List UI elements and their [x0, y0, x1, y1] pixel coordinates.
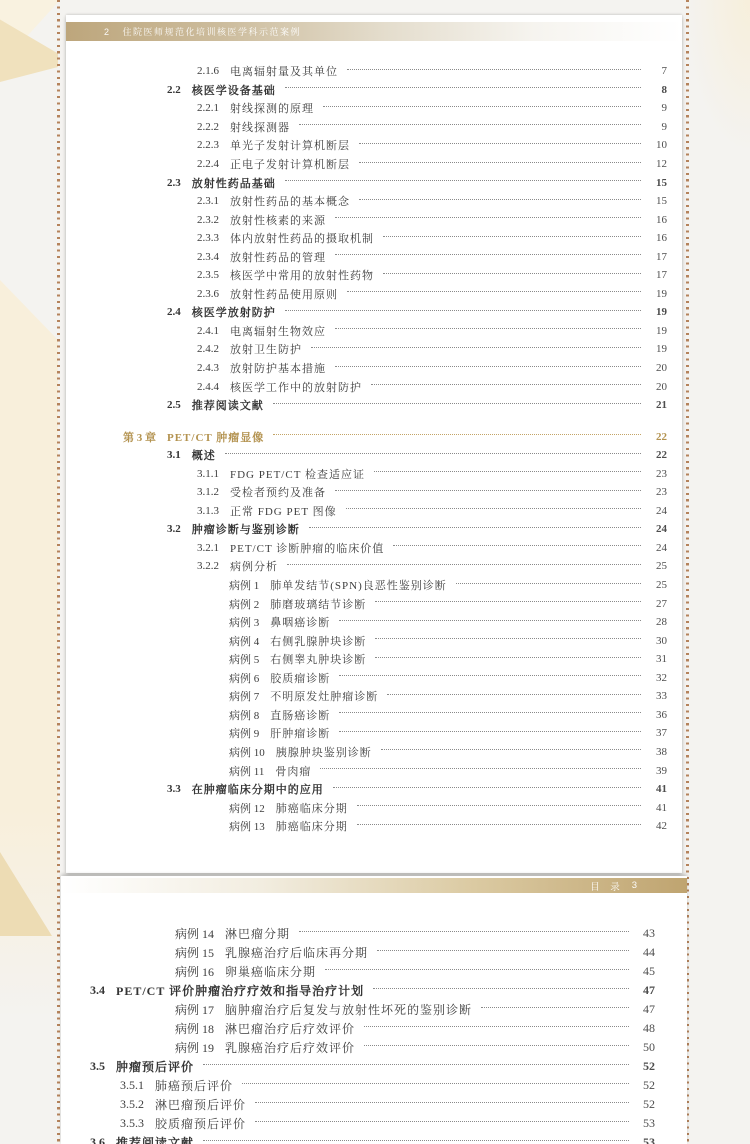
running-head-page-number: 2: [104, 27, 111, 37]
toc-entry-page-number: 27: [647, 598, 667, 610]
toc-entry-number: 3.1.1: [197, 468, 219, 480]
book-preview-screenshot: 2 住院医师规范化培训核医学科示范案例 2.1.6电离辐射量及其单位72.2核医…: [0, 0, 750, 1144]
toc-entry-number: 第 3 章: [123, 429, 156, 445]
dot-leader: [373, 988, 629, 989]
toc-entry-page-number: 25: [647, 579, 667, 591]
toc-entry-page-number: 15: [647, 177, 667, 189]
dot-leader: [299, 931, 629, 932]
toc-entry: 3.2.2病例分析25: [123, 557, 667, 576]
toc-entry-page-number: 21: [647, 399, 667, 411]
dot-leader: [364, 1026, 629, 1027]
toc-entry-number: 3.1.3: [197, 505, 219, 517]
toc-entry-number: 病例 3: [229, 614, 259, 630]
dot-leader: [285, 310, 641, 311]
toc-entry: 第 3 章PET/CT 肿瘤显像22: [123, 427, 667, 446]
toc-entry-page-number: 23: [647, 486, 667, 498]
toc-entry-number: 3.2.2: [197, 560, 219, 572]
toc-entry-number: 病例 16: [175, 963, 214, 980]
toc-entry: 病例 5右侧睾丸肿块诊断31: [123, 650, 667, 669]
dot-leader: [203, 1140, 629, 1141]
toc-entry-number: 2.2.3: [197, 139, 219, 151]
toc-entry-number: 3.1.2: [197, 486, 219, 498]
toc-entry-page-number: 50: [635, 1040, 655, 1055]
dot-leader: [374, 471, 641, 472]
toc-entry-title: 推荐阅读文献: [116, 1134, 194, 1144]
toc-entry-number: 3.5.3: [120, 1116, 144, 1131]
running-head-book-title: 住院医师规范化培训核医学科示范案例: [123, 25, 302, 38]
toc-entry: 2.2.1射线探测的原理9: [123, 99, 667, 118]
toc-entry: 3.1.3正常 FDG PET 图像24: [123, 502, 667, 521]
toc-entry-page-number: 48: [635, 1021, 655, 1036]
toc-entry-title: 肺癌预后评价: [155, 1077, 233, 1094]
toc-entry-number: 病例 7: [229, 688, 259, 704]
toc-entry-title: 右侧睾丸肿块诊断: [270, 651, 366, 667]
toc-entry-title: 放射防护基本措施: [230, 360, 326, 376]
toc-entry-title: 肿瘤预后评价: [116, 1058, 194, 1075]
toc-entry-title: 射线探测的原理: [230, 100, 314, 116]
toc-entry: 病例 8直肠癌诊断36: [123, 706, 667, 725]
toc-entry-page-number: 53: [635, 1135, 655, 1144]
toc-entry-title: 直肠癌诊断: [270, 707, 330, 723]
toc-entry-page-number: 9: [647, 102, 667, 114]
toc-entry-number: 2.4.2: [197, 343, 219, 355]
toc-entry: 病例 9肝肿瘤诊断37: [123, 724, 667, 743]
toc-entry-number: 病例 5: [229, 651, 259, 667]
dot-leader: [371, 384, 641, 385]
toc-entry-page-number: 33: [647, 690, 667, 702]
toc-entry-number: 病例 18: [175, 1020, 214, 1037]
toc-entry: 病例 10胰腺肿块鉴别诊断38: [123, 743, 667, 762]
toc-entry-title: 胶质瘤诊断: [270, 670, 330, 686]
dot-leader: [335, 217, 641, 218]
dot-leader: [359, 143, 641, 144]
toc-entry-number: 2.4: [167, 306, 181, 318]
toc-entry-number: 2.2.4: [197, 158, 219, 170]
toc-entry-title: 淋巴瘤治疗后疗效评价: [225, 1020, 355, 1037]
toc-entry: 3.2.1PET/CT 诊断肿瘤的临床价值24: [123, 539, 667, 558]
toc-entry-title: 肿瘤诊断与鉴别诊断: [192, 521, 300, 537]
toc-entry: 3.1.1FDG PET/CT 检查适应证23: [123, 464, 667, 483]
toc-entry-number: 2.3.6: [197, 288, 219, 300]
toc-entry-page-number: 9: [647, 121, 667, 133]
toc-entry-number: 2.3.4: [197, 251, 219, 263]
toc-entry: 2.4.1电离辐射生物效应19: [123, 322, 667, 341]
toc-entry: 2.4.2放射卫生防护19: [123, 340, 667, 359]
toc-entry-page-number: 42: [647, 820, 667, 832]
toc-entry-number: 2.2: [167, 84, 181, 96]
toc-entry-number: 2.5: [167, 399, 181, 411]
running-head-section-label: 目 录: [590, 879, 624, 893]
toc-entry-title: 受检者预约及准备: [230, 484, 326, 500]
toc-entry-page-number: 19: [647, 343, 667, 355]
toc-entry-number: 病例 9: [229, 725, 259, 741]
toc-entry-page-number: 47: [635, 983, 655, 998]
dot-leader: [456, 583, 641, 584]
toc-entry-number: 病例 13: [229, 818, 265, 834]
toc-entry: 3.4PET/CT 评价肿瘤治疗疗效和指导治疗计划47: [90, 981, 655, 1000]
dot-leader: [383, 236, 641, 237]
running-head-page-number: 3: [632, 880, 637, 891]
toc-entry-title: 淋巴瘤分期: [225, 925, 290, 942]
dot-leader: [273, 403, 641, 404]
toc-entry-page-number: 24: [647, 505, 667, 517]
toc-entry-title: 核医学设备基础: [192, 82, 276, 98]
dot-leader: [359, 199, 641, 200]
perforation-line-left: [57, 0, 60, 1144]
dot-leader: [335, 254, 641, 255]
dot-leader: [387, 694, 641, 695]
toc-entry-number: 病例 12: [229, 800, 265, 816]
toc-entry: 2.1.6电离辐射量及其单位7: [123, 62, 667, 81]
toc-entry: 3.1概述22: [123, 446, 667, 465]
dot-leader: [339, 620, 641, 621]
toc-entry: 2.5推荐阅读文献21: [123, 396, 667, 415]
dot-leader: [287, 564, 641, 565]
dot-leader: [393, 545, 641, 546]
toc-entry-page-number: 19: [647, 325, 667, 337]
toc-entry-number: 2.3.1: [197, 195, 219, 207]
toc-entry-page-number: 47: [635, 1002, 655, 1017]
dot-leader: [325, 969, 629, 970]
toc-entry-title: 胶质瘤预后评价: [155, 1115, 246, 1132]
toc-entry-page-number: 37: [647, 727, 667, 739]
toc-entry-number: 病例 4: [229, 633, 259, 649]
toc-entry-page-number: 43: [635, 926, 655, 941]
toc-entry: 病例 14淋巴瘤分期43: [90, 924, 655, 943]
dot-leader: [285, 87, 641, 88]
toc-entry: 2.4核医学放射防护19: [123, 303, 667, 322]
toc-entry-title: FDG PET/CT 检查适应证: [230, 466, 365, 482]
dot-leader: [481, 1007, 629, 1008]
running-head-odd: 目 录 3: [61, 878, 687, 893]
toc-entry-number: 病例 15: [175, 944, 214, 961]
toc-entry: 2.3.5核医学中常用的放射性药物17: [123, 266, 667, 285]
dot-leader: [335, 366, 641, 367]
toc-entry-number: 2.3: [167, 177, 181, 189]
toc-entry-page-number: 44: [635, 945, 655, 960]
toc-entry: 3.5肿瘤预后评价52: [90, 1057, 655, 1076]
dot-leader: [377, 950, 629, 951]
toc-entry: 病例 3鼻咽癌诊断28: [123, 613, 667, 632]
toc-entry: 2.3.1放射性药品的基本概念15: [123, 192, 667, 211]
dot-leader: [320, 768, 641, 769]
toc-entry-title: 放射卫生防护: [230, 341, 302, 357]
toc-entry: 3.3在肿瘤临床分期中的应用41: [123, 780, 667, 799]
toc-entry-number: 2.3.2: [197, 214, 219, 226]
toc-entry-page-number: 24: [647, 523, 667, 535]
dot-leader: [375, 638, 641, 639]
toc-entry-page-number: 8: [647, 84, 667, 96]
toc-entry-number: 病例 19: [175, 1039, 214, 1056]
toc-entry-title: 肺癌临床分期: [276, 818, 348, 834]
dot-leader: [359, 162, 641, 163]
dot-leader: [311, 347, 641, 348]
toc-entry-title: PET/CT 评价肿瘤治疗疗效和指导治疗计划: [116, 982, 364, 999]
toc-entry-page-number: 38: [647, 746, 667, 758]
toc-entry-title: PET/CT 肿瘤显像: [167, 429, 264, 445]
decor-triangle-top-beige: [0, 14, 58, 82]
toc-entry-page-number: 52: [635, 1097, 655, 1112]
toc-entry: 2.2.2射线探测器9: [123, 118, 667, 137]
toc-entry-number: 病例 10: [229, 744, 265, 760]
toc-entry-number: 2.4.3: [197, 362, 219, 374]
dot-leader: [347, 69, 641, 70]
toc-entry: 2.3.4放射性药品的管理17: [123, 247, 667, 266]
decor-glow-top-right: [686, 0, 750, 150]
toc-entry-page-number: 39: [647, 765, 667, 777]
toc-list-page1: 2.1.6电离辐射量及其单位72.2核医学设备基础82.2.1射线探测的原理92…: [123, 62, 667, 835]
toc-entry-page-number: 45: [635, 964, 655, 979]
toc-entry-title: 肺磨玻璃结节诊断: [270, 596, 366, 612]
toc-page-even: 2 住院医师规范化培训核医学科示范案例 2.1.6电离辐射量及其单位72.2核医…: [66, 15, 682, 873]
toc-entry-number: 3.3: [167, 783, 181, 795]
toc-entry-number: 2.4.1: [197, 325, 219, 337]
toc-entry-page-number: 32: [647, 672, 667, 684]
toc-entry-number: 3.5.1: [120, 1078, 144, 1093]
toc-entry-page-number: 30: [647, 635, 667, 647]
dot-leader: [242, 1083, 629, 1084]
dot-leader: [357, 805, 641, 806]
dot-leader: [347, 291, 641, 292]
toc-entry-title: 脑肿瘤治疗后复发与放射性坏死的鉴别诊断: [225, 1001, 472, 1018]
toc-entry-page-number: 17: [647, 251, 667, 263]
toc-entry-page-number: 22: [647, 449, 667, 461]
toc-entry: 病例 19乳腺癌治疗后疗效评价50: [90, 1038, 655, 1057]
toc-entry-page-number: 20: [647, 362, 667, 374]
toc-entry: 2.3.2放射性核素的来源16: [123, 210, 667, 229]
toc-entry-title: 射线探测器: [230, 119, 290, 135]
dot-leader: [299, 124, 641, 125]
toc-entry-title: 病例分析: [230, 558, 278, 574]
decor-band-left: [0, 270, 58, 1020]
toc-entry-page-number: 7: [647, 65, 667, 77]
toc-entry: 病例 18淋巴瘤治疗后疗效评价48: [90, 1019, 655, 1038]
toc-entry-title: 淋巴瘤预后评价: [155, 1096, 246, 1113]
toc-entry-title: 在肿瘤临床分期中的应用: [192, 781, 324, 797]
toc-entry-title: 放射性药品使用原则: [230, 286, 338, 302]
dot-leader: [323, 106, 641, 107]
toc-entry-number: 2.4.4: [197, 381, 219, 393]
toc-entry-page-number: 10: [647, 139, 667, 151]
toc-entry: 病例 17脑肿瘤治疗后复发与放射性坏死的鉴别诊断47: [90, 1000, 655, 1019]
toc-entry: 3.5.1肺癌预后评价52: [90, 1076, 655, 1095]
toc-entry-number: 病例 8: [229, 707, 259, 723]
dot-leader: [339, 675, 641, 676]
toc-entry-number: 3.2: [167, 523, 181, 535]
toc-entry-title: 电离辐射量及其单位: [230, 63, 338, 79]
toc-entry: 病例 6胶质瘤诊断32: [123, 669, 667, 688]
toc-entry-title: 不明原发灶肿瘤诊断: [270, 688, 378, 704]
dot-leader: [225, 453, 641, 454]
toc-entry-title: 右侧乳腺肿块诊断: [270, 633, 366, 649]
toc-entry-title: 鼻咽癌诊断: [270, 614, 330, 630]
dot-leader: [255, 1121, 629, 1122]
toc-entry-page-number: 36: [647, 709, 667, 721]
toc-entry-title: 胰腺肿块鉴别诊断: [276, 744, 372, 760]
dot-leader: [375, 601, 641, 602]
toc-entry-page-number: 41: [647, 802, 667, 814]
toc-entry-page-number: 16: [647, 232, 667, 244]
toc-entry-title: 肺癌临床分期: [276, 800, 348, 816]
toc-entry-number: 2.2.2: [197, 121, 219, 133]
toc-entry-page-number: 15: [647, 195, 667, 207]
toc-entry: 2.2.4正电子发射计算机断层12: [123, 155, 667, 174]
toc-entry: 病例 11骨肉瘤39: [123, 761, 667, 780]
toc-entry-title: 核医学中常用的放射性药物: [230, 267, 374, 283]
toc-entry: 病例 2肺磨玻璃结节诊断27: [123, 594, 667, 613]
toc-entry: 3.5.2淋巴瘤预后评价52: [90, 1095, 655, 1114]
toc-entry-title: 电离辐射生物效应: [230, 323, 326, 339]
toc-entry-page-number: 52: [635, 1059, 655, 1074]
toc-entry: 3.2肿瘤诊断与鉴别诊断24: [123, 520, 667, 539]
toc-entry: 病例 7不明原发灶肿瘤诊断33: [123, 687, 667, 706]
toc-entry-title: 放射性药品基础: [192, 175, 276, 191]
toc-entry: 2.2核医学设备基础8: [123, 81, 667, 100]
toc-entry-number: 病例 17: [175, 1001, 214, 1018]
dot-leader: [339, 731, 641, 732]
dot-leader: [335, 328, 641, 329]
toc-entry-number: 3.5: [90, 1059, 105, 1074]
decor-triangle-bottom-beige: [0, 852, 52, 936]
toc-entry-page-number: 25: [647, 560, 667, 572]
toc-entry-number: 2.1.6: [197, 65, 219, 77]
toc-entry-title: 卵巢癌临床分期: [225, 963, 316, 980]
dot-leader: [309, 527, 641, 528]
dot-leader: [346, 508, 641, 509]
toc-entry-page-number: 19: [647, 306, 667, 318]
toc-entry-number: 病例 6: [229, 670, 259, 686]
dot-leader: [383, 273, 641, 274]
toc-entry-title: 放射性药品的管理: [230, 249, 326, 265]
dot-leader: [333, 787, 641, 788]
toc-entry-number: 2.3.3: [197, 232, 219, 244]
dot-leader: [203, 1064, 629, 1065]
toc-entry-number: 3.2.1: [197, 542, 219, 554]
toc-entry: 3.1.2受检者预约及准备23: [123, 483, 667, 502]
toc-entry-title: 肝肿瘤诊断: [270, 725, 330, 741]
toc-entry: 病例 15乳腺癌治疗后临床再分期44: [90, 943, 655, 962]
toc-entry-number: 2.3.5: [197, 269, 219, 281]
toc-entry-title: 骨肉瘤: [275, 763, 311, 779]
toc-entry-title: 核医学工作中的放射防护: [230, 379, 362, 395]
toc-entry-page-number: 28: [647, 616, 667, 628]
toc-entry-title: 肺单发结节(SPN)良恶性鉴别诊断: [270, 577, 447, 593]
toc-entry-number: 2.2.1: [197, 102, 219, 114]
toc-entry-page-number: 41: [647, 783, 667, 795]
dot-leader: [285, 180, 641, 181]
toc-entry: 病例 12肺癌临床分期41: [123, 798, 667, 817]
toc-entry-page-number: 31: [647, 653, 667, 665]
toc-entry-page-number: 23: [647, 468, 667, 480]
toc-entry: 病例 1肺单发结节(SPN)良恶性鉴别诊断25: [123, 576, 667, 595]
dot-leader: [339, 712, 641, 713]
toc-entry: 病例 4右侧乳腺肿块诊断30: [123, 631, 667, 650]
toc-entry-number: 3.6: [90, 1135, 105, 1144]
toc-entry: 2.4.4核医学工作中的放射防护20: [123, 377, 667, 396]
toc-entry: 病例 13肺癌临床分期42: [123, 817, 667, 836]
dot-leader: [364, 1045, 629, 1046]
toc-entry-title: 单光子发射计算机断层: [230, 137, 350, 153]
toc-entry: 3.5.3胶质瘤预后评价53: [90, 1114, 655, 1133]
toc-entry-page-number: 20: [647, 381, 667, 393]
toc-entry-title: 推荐阅读文献: [192, 397, 264, 413]
toc-entry: 病例 16卵巢癌临床分期45: [90, 962, 655, 981]
decor-triangle-top-pale: [0, 0, 60, 66]
toc-page-odd: 目 录 3 病例 14淋巴瘤分期43病例 15乳腺癌治疗后临床再分期44病例 1…: [61, 876, 687, 1144]
toc-entry: 3.6推荐阅读文献53: [90, 1133, 655, 1144]
toc-entry-page-number: 24: [647, 542, 667, 554]
dot-leader: [335, 490, 641, 491]
toc-entry-title: 乳腺癌治疗后临床再分期: [225, 944, 368, 961]
running-head-even: 2 住院医师规范化培训核医学科示范案例: [66, 22, 682, 41]
toc-entry-number: 病例 14: [175, 925, 214, 942]
toc-entry-title: 放射性核素的来源: [230, 212, 326, 228]
toc-entry: 2.3.6放射性药品使用原则19: [123, 285, 667, 304]
toc-entry-number: 病例 2: [229, 596, 259, 612]
toc-entry: 2.2.3单光子发射计算机断层10: [123, 136, 667, 155]
toc-entry-title: 正常 FDG PET 图像: [230, 503, 337, 519]
toc-entry: 2.3放射性药品基础15: [123, 173, 667, 192]
dot-leader: [357, 824, 641, 825]
toc-entry-title: 放射性药品的基本概念: [230, 193, 350, 209]
toc-entry-page-number: 19: [647, 288, 667, 300]
toc-entry-page-number: 12: [647, 158, 667, 170]
toc-entry-title: PET/CT 诊断肿瘤的临床价值: [230, 540, 384, 556]
dot-leader: [375, 657, 641, 658]
toc-list-page2: 病例 14淋巴瘤分期43病例 15乳腺癌治疗后临床再分期44病例 16卵巢癌临床…: [90, 924, 655, 1144]
toc-entry-page-number: 22: [647, 431, 667, 443]
toc-entry: 2.3.3体内放射性药品的摄取机制16: [123, 229, 667, 248]
toc-entry-title: 概述: [192, 447, 216, 463]
toc-entry-number: 3.1: [167, 449, 181, 461]
toc-entry-number: 病例 1: [229, 577, 259, 593]
toc-entry-number: 3.5.2: [120, 1097, 144, 1112]
dot-leader: [255, 1102, 629, 1103]
toc-entry-title: 核医学放射防护: [192, 304, 276, 320]
toc-entry-page-number: 17: [647, 269, 667, 281]
toc-entry-number: 3.4: [90, 983, 105, 998]
toc-entry-title: 体内放射性药品的摄取机制: [230, 230, 374, 246]
toc-entry: 2.4.3放射防护基本措施20: [123, 359, 667, 378]
toc-entry-page-number: 53: [635, 1116, 655, 1131]
dot-leader: [381, 749, 641, 750]
toc-entry-page-number: 16: [647, 214, 667, 226]
toc-entry-title: 乳腺癌治疗后疗效评价: [225, 1039, 355, 1056]
dot-leader: [273, 434, 641, 435]
toc-entry-number: 病例 11: [229, 763, 264, 779]
toc-entry-page-number: 52: [635, 1078, 655, 1093]
toc-entry-title: 正电子发射计算机断层: [230, 156, 350, 172]
